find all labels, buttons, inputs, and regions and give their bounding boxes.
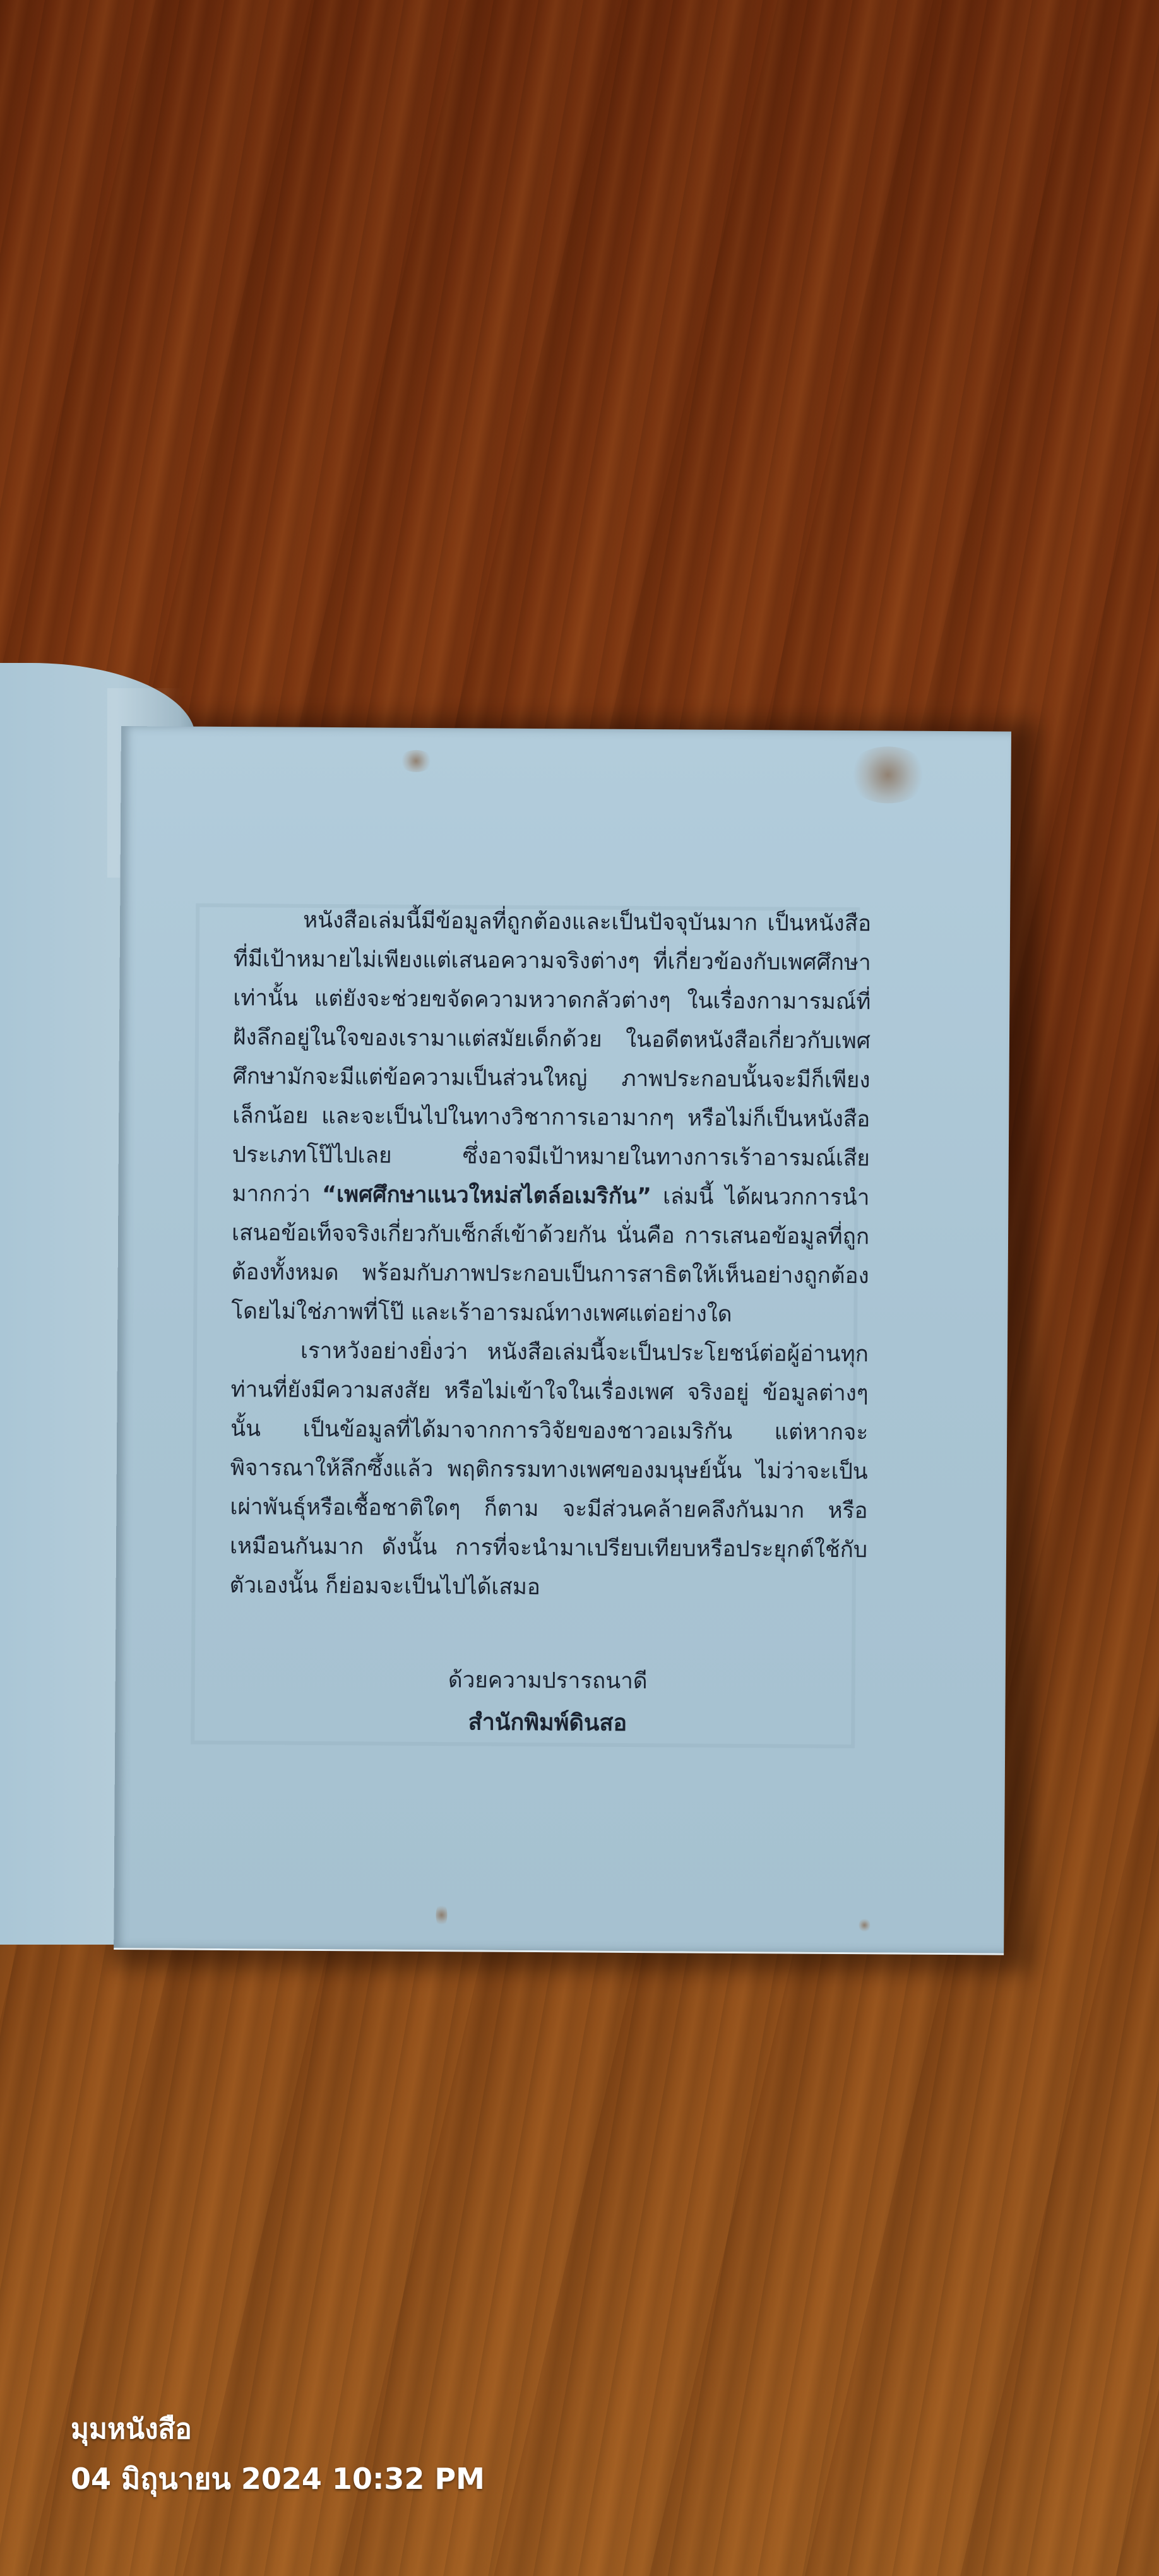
foxing-stain xyxy=(436,1902,447,1928)
foxing-stain xyxy=(859,1917,870,1933)
body-text: หนังสือเล่มนี้มีข้อมูลที่ถูกต้องและเป็นป… xyxy=(229,900,871,1609)
foxing-stain xyxy=(399,750,434,772)
paragraph-2: เราหวังอย่างยิ่งว่า หนังสือเล่มนี้จะเป็น… xyxy=(229,1331,869,1609)
book-title-quote: “เพศศึกษาแนวใหม่สไตล์อเมริกัน” xyxy=(322,1182,651,1209)
right-page: หนังสือเล่มนี้มีข้อมูลที่ถูกต้องและเป็นป… xyxy=(114,726,1011,1955)
publisher-name: สำนักพิมพ์ดินสอ xyxy=(115,1702,980,1743)
closing-wish: ด้วยความปรารถนาดี xyxy=(116,1661,980,1700)
foxing-stain xyxy=(847,746,929,804)
paragraph-1: หนังสือเล่มนี้มีข้อมูลที่ถูกต้องและเป็นป… xyxy=(231,900,871,1335)
caption-title: มุมหนังสือ xyxy=(71,2407,192,2451)
caption-datetime: 04 มิถุนายน 2024 10:32 PM xyxy=(71,2456,485,2502)
paragraph-1-text: หนังสือเล่มนี้มีข้อมูลที่ถูกต้องและเป็นป… xyxy=(232,908,871,1207)
